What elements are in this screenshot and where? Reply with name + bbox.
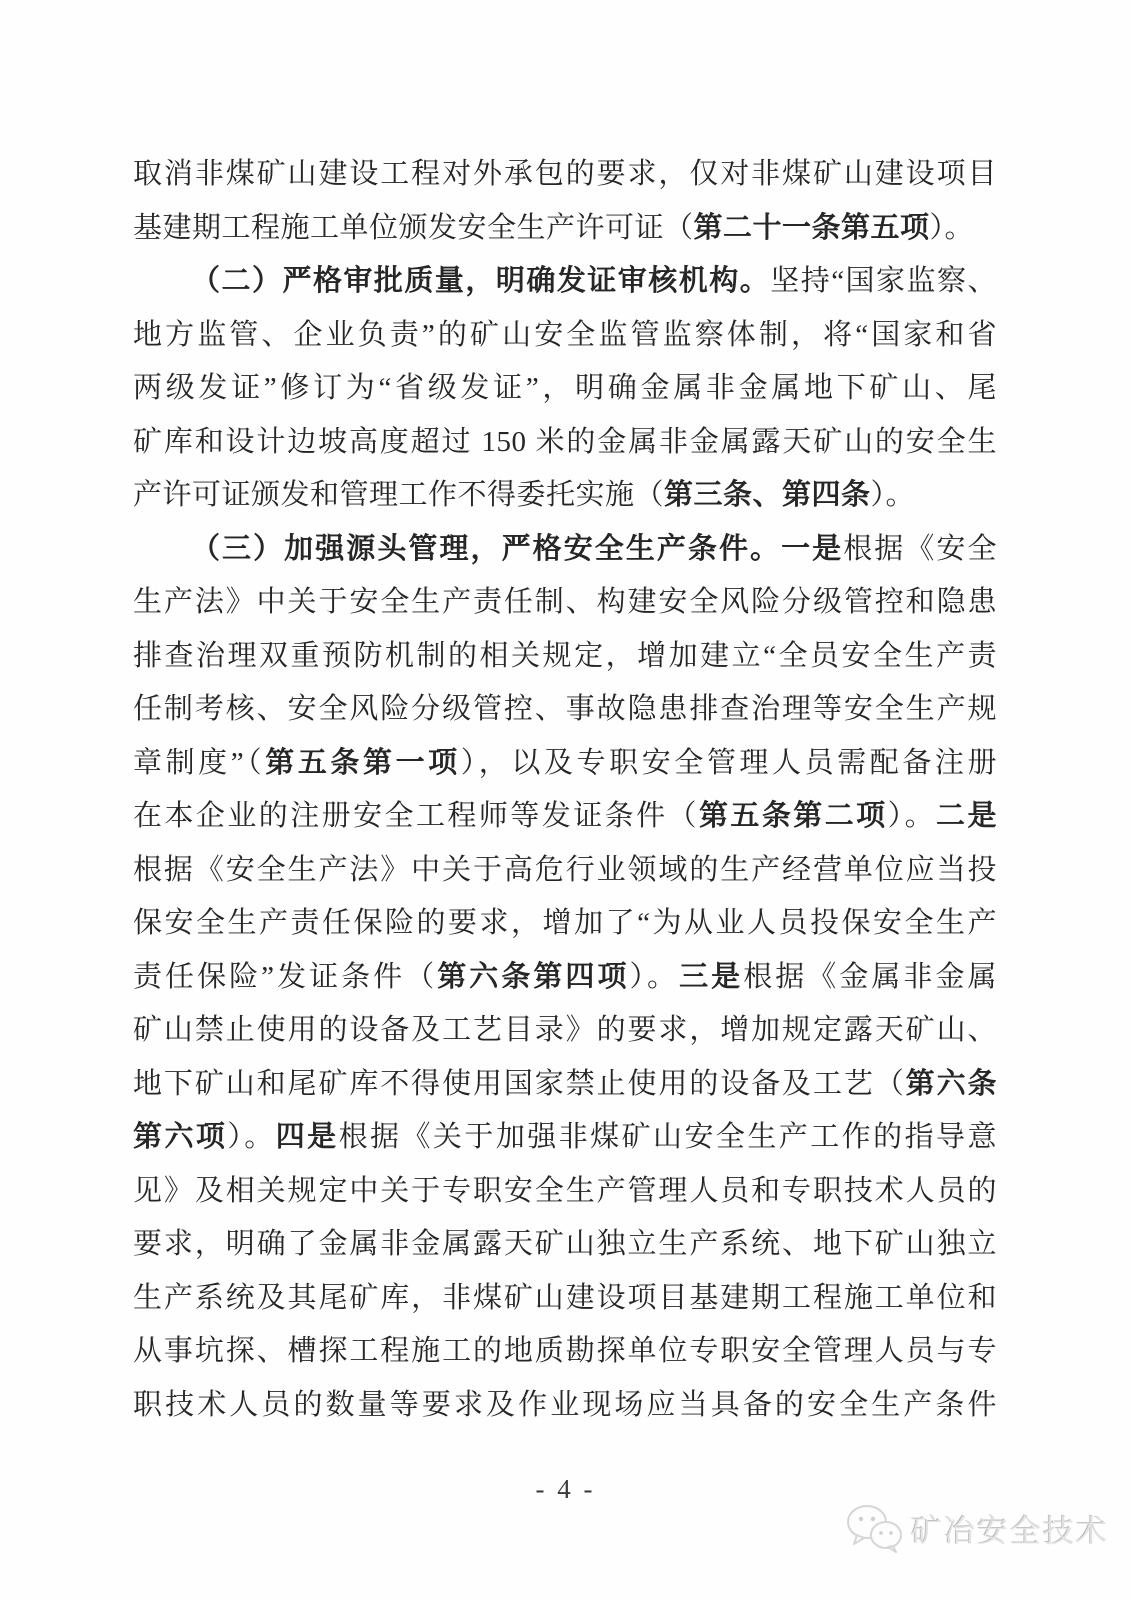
text-segment: 排查治理双重预防机制的相关规定，增加建立“全员安全生产责 xyxy=(133,640,997,672)
text-line: 从事坑探、槽探工程施工的地质勘探单位专职安全管理人员与专 xyxy=(133,1325,997,1379)
text-line: 保安全生产责任保险的要求，增加了“为从业人员投保安全生产 xyxy=(133,897,997,951)
paragraph: （三）加强源头管理，严格安全生产条件。一是根据《安全生产法》中关于安全生产责任制… xyxy=(133,523,997,1433)
bold-text-segment: 三是 xyxy=(679,961,743,993)
document-page: 取消非煤矿山建设工程对外承包的要求，仅对非煤矿山建设项目基建期工程施工单位颁发安… xyxy=(0,0,1131,1600)
text-segment: 取消非煤矿山建设工程对外承包的要求，仅对非煤矿山建设项目 xyxy=(133,158,997,190)
text-line: 地下矿山和尾矿库不得使用国家禁止使用的设备及工艺（第六条 xyxy=(133,1058,997,1112)
bold-text-segment: 第六条 xyxy=(906,1068,997,1100)
text-segment: 生产法》中关于安全生产责任制、构建安全风险分级管控和隐患 xyxy=(133,586,997,618)
bold-text-segment: 第五条第二项 xyxy=(699,800,888,832)
text-segment: ）。 xyxy=(871,479,916,511)
text-line: 基建期工程施工单位颁发安全生产许可证（第二十一条第五项）。 xyxy=(133,202,997,256)
text-segment: 任制考核、安全风险分级管控、事故隐患排查治理等安全生产规 xyxy=(133,693,997,725)
paragraph: 取消非煤矿山建设工程对外承包的要求，仅对非煤矿山建设项目基建期工程施工单位颁发安… xyxy=(133,148,997,255)
text-segment: 地方监管、企业负责”的矿山安全监管监察体制，将“国家和省 xyxy=(133,319,997,351)
bold-text-segment: 四是 xyxy=(276,1121,339,1153)
wechat-logo-icon xyxy=(843,1502,905,1554)
text-line: 排查治理双重预防机制的相关规定，增加建立“全员安全生产责 xyxy=(133,630,997,684)
bold-text-segment: 第六条第四项 xyxy=(437,961,629,993)
text-line: 第六项）。四是根据《关于加强非煤矿山安全生产工作的指导意 xyxy=(133,1111,997,1165)
text-line: 地方监管、企业负责”的矿山安全监管监察体制，将“国家和省 xyxy=(133,309,997,363)
text-segment: 从事坑探、槽探工程施工的地质勘探单位专职安全管理人员与专 xyxy=(133,1335,997,1367)
text-segment: 两级发证”修订为“省级发证”，明确金属非金属地下矿山、尾 xyxy=(133,372,997,404)
bold-text-segment: 一是 xyxy=(781,533,843,565)
text-line: 生产法》中关于安全生产责任制、构建安全风险分级管控和隐患 xyxy=(133,576,997,630)
text-segment: 职技术人员的数量等要求及作业现场应当具备的安全生产条件 xyxy=(133,1389,997,1421)
bold-text-segment: 第六项 xyxy=(133,1121,227,1153)
text-segment: 见》及相关规定中关于专职安全生产管理人员和专职技术人员的 xyxy=(133,1175,997,1207)
text-segment: 地下矿山和尾矿库不得使用国家禁止使用的设备及工艺（ xyxy=(133,1068,906,1100)
text-segment: ）。 xyxy=(227,1121,275,1153)
text-segment: 坚持“国家监察、 xyxy=(770,265,997,297)
text-segment: 根据《安全 xyxy=(843,533,997,565)
text-block: 取消非煤矿山建设工程对外承包的要求，仅对非煤矿山建设项目基建期工程施工单位颁发安… xyxy=(133,148,997,1432)
text-line: 产许可证颁发和管理工作不得委托实施（第三条、第四条）。 xyxy=(133,469,997,523)
text-segment: ）。 xyxy=(888,800,936,832)
text-line: 要求，明确了金属非金属露天矿山独立生产系统、地下矿山独立 xyxy=(133,1218,997,1272)
text-segment: 矿山禁止使用的设备及工艺目录》的要求，增加规定露天矿山、 xyxy=(133,1014,997,1046)
text-line: 矿山禁止使用的设备及工艺目录》的要求，增加规定露天矿山、 xyxy=(133,1004,997,1058)
text-segment: 责任保险”发证条件（ xyxy=(133,961,437,993)
text-segment: 在本企业的注册安全工程师等发证条件（ xyxy=(133,800,699,832)
text-line: 两级发证”修订为“省级发证”，明确金属非金属地下矿山、尾 xyxy=(133,362,997,416)
text-segment: 章制度”（ xyxy=(133,747,265,779)
text-segment: 产许可证颁发和管理工作不得委托实施（ xyxy=(133,479,664,511)
text-segment: 根据《安全生产法》中关于高危行业领域的生产经营单位应当投 xyxy=(133,854,997,886)
bold-text-segment: 第二十一条第五项 xyxy=(694,212,930,244)
text-line: （二）严格审批质量，明确发证审核机构。坚持“国家监察、 xyxy=(133,255,997,309)
text-segment: 要求，明确了金属非金属露天矿山独立生产系统、地下矿山独立 xyxy=(133,1228,997,1260)
text-line: 章制度”（第五条第一项），以及专职安全管理人员需配备注册 xyxy=(133,737,997,791)
bold-text-segment: 第五条第一项 xyxy=(265,747,460,779)
bold-text-segment: （二）严格审批质量，明确发证审核机构。 xyxy=(191,265,770,297)
text-segment: ）。 xyxy=(630,961,680,993)
text-line: 取消非煤矿山建设工程对外承包的要求，仅对非煤矿山建设项目 xyxy=(133,148,997,202)
text-line: （三）加强源头管理，严格安全生产条件。一是根据《安全 xyxy=(133,523,997,577)
text-line: 责任保险”发证条件（第六条第四项）。三是根据《金属非金属 xyxy=(133,951,997,1005)
text-line: 任制考核、安全风险分级管控、事故隐患排查治理等安全生产规 xyxy=(133,683,997,737)
text-line: 在本企业的注册安全工程师等发证条件（第五条第二项）。二是 xyxy=(133,790,997,844)
page-number: - 4 - xyxy=(0,1474,1131,1505)
text-segment: 根据《关于加强非煤矿山安全生产工作的指导意 xyxy=(339,1121,997,1153)
bold-text-segment: （三）加强源头管理，严格安全生产条件。 xyxy=(191,533,781,565)
text-line: 矿库和设计边坡高度超过 150 米的金属非金属露天矿山的安全生 xyxy=(133,416,997,470)
text-line: 根据《安全生产法》中关于高危行业领域的生产经营单位应当投 xyxy=(133,844,997,898)
bold-text-segment: 二是 xyxy=(936,800,997,832)
text-line: 职技术人员的数量等要求及作业现场应当具备的安全生产条件 xyxy=(133,1379,997,1433)
text-line: 生产系统及其尾矿库，非煤矿山建设项目基建期工程施工单位和 xyxy=(133,1272,997,1326)
text-segment: 基建期工程施工单位颁发安全生产许可证（ xyxy=(133,212,694,244)
watermark-label: 矿冶安全技术 xyxy=(911,1506,1109,1551)
watermark: 矿冶安全技术 xyxy=(843,1502,1109,1554)
text-segment: ）。 xyxy=(930,212,975,244)
bold-text-segment: 第三条、第四条 xyxy=(664,479,871,511)
text-segment: 生产系统及其尾矿库，非煤矿山建设项目基建期工程施工单位和 xyxy=(133,1282,997,1314)
text-segment: 保安全生产责任保险的要求，增加了“为从业人员投保安全生产 xyxy=(133,907,997,939)
paragraph: （二）严格审批质量，明确发证审核机构。坚持“国家监察、地方监管、企业负责”的矿山… xyxy=(133,255,997,523)
text-segment: 根据《金属非金属 xyxy=(743,961,997,993)
text-line: 见》及相关规定中关于专职安全生产管理人员和专职技术人员的 xyxy=(133,1165,997,1219)
text-segment: ），以及专职安全管理人员需配备注册 xyxy=(461,747,997,779)
text-segment: 矿库和设计边坡高度超过 150 米的金属非金属露天矿山的安全生 xyxy=(133,426,997,458)
